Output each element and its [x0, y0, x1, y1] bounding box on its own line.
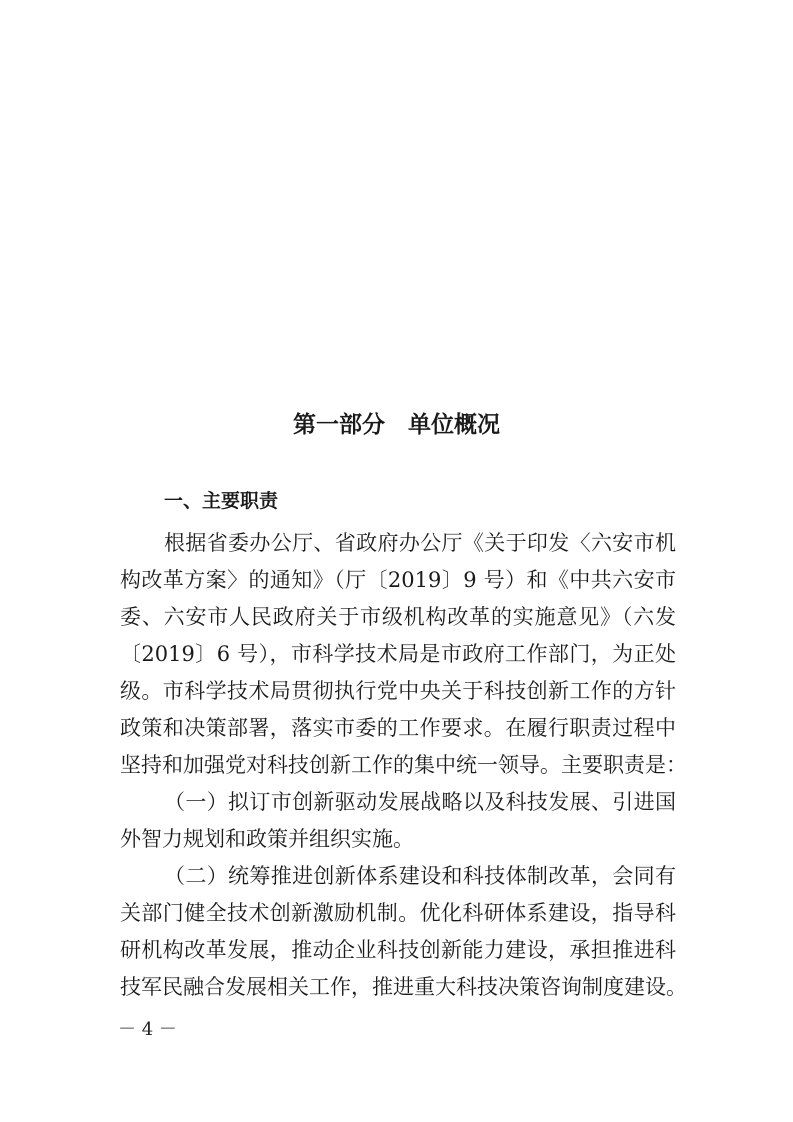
section-heading: 一、主要职责: [164, 487, 278, 515]
text-line: 技军民融合发展相关工作，推进重大科技决策咨询制度建设。: [120, 972, 676, 1002]
text-line: 委、六安市人民政府关于市级机构改革的实施意见》（六发: [120, 602, 676, 632]
text-line: 构改革方案〉的通知》（厅〔2019〕9 号）和《中共六安市: [120, 565, 676, 595]
text-line: （一）拟订市创新驱动发展战略以及科技发展、引进国: [164, 787, 676, 817]
text-line: 级。市科学技术局贯彻执行党中央关于科技创新工作的方针: [120, 676, 676, 706]
text-line: 坚持和加强党对科技创新工作的集中统一领导。主要职责是：: [120, 750, 676, 780]
text-line: 〔2019〕6 号），市科学技术局是市政府工作部门，为正处: [120, 639, 676, 669]
text-line: 政策和决策部署，落实市委的工作要求。在履行职责过程中: [120, 713, 676, 743]
text-line: 研机构改革发展，推动企业科技创新能力建设，承担推进科: [120, 935, 676, 965]
page-title: 第一部分 单位概况: [0, 409, 793, 441]
text-line: （二）统筹推进创新体系建设和科技体制改革，会同有: [164, 861, 676, 891]
text-line: 外智力规划和政策并组织实施。: [120, 824, 676, 854]
page-number: － 4 －: [118, 1018, 177, 1042]
text-line: 根据省委办公厅、省政府办公厅《关于印发〈六安市机: [164, 528, 676, 558]
text-line: 关部门健全技术创新激励机制。优化科研体系建设，指导科: [120, 898, 676, 928]
